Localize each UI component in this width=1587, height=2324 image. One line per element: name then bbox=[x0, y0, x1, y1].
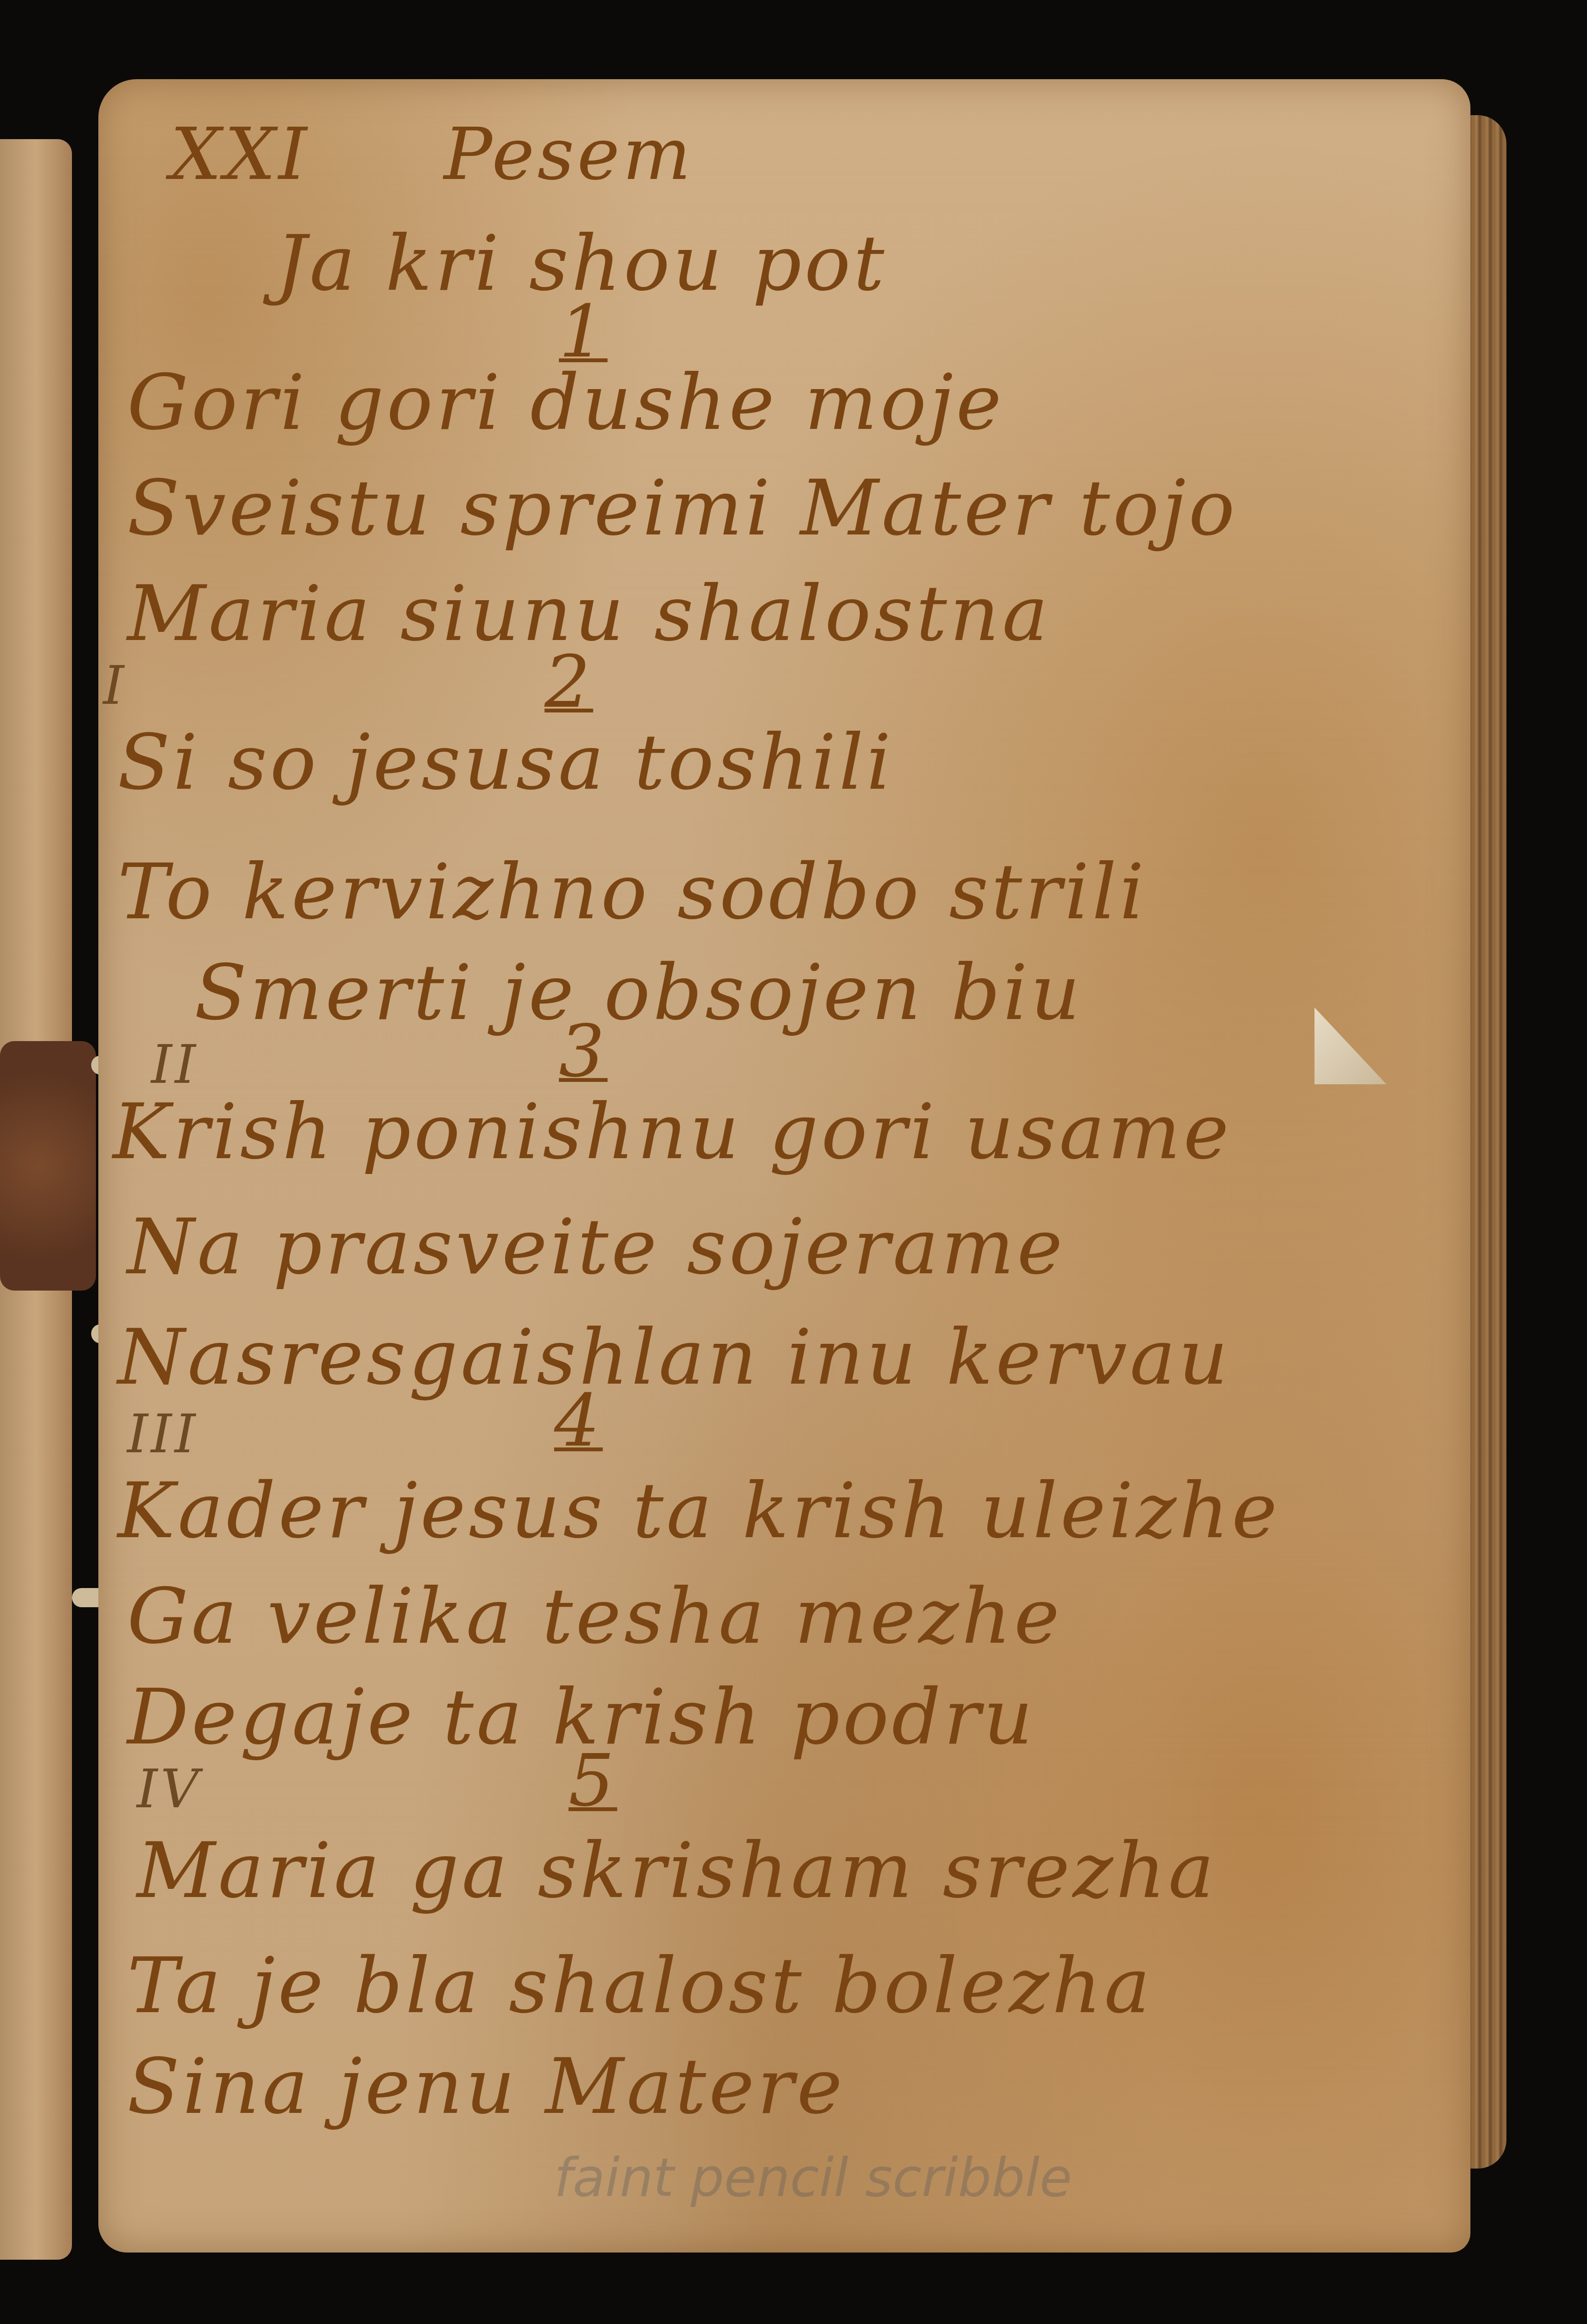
verse-line: Sina jenu Matere bbox=[127, 2041, 845, 2131]
verse-number: 2 bbox=[545, 640, 593, 724]
song-number: XXI bbox=[170, 113, 310, 196]
margin-mark: II bbox=[151, 1034, 199, 1095]
verse-line: Si so jesusa toshili bbox=[118, 717, 894, 807]
verse-number: 5 bbox=[568, 1739, 617, 1823]
verse-line: Maria ga skrisham srezha bbox=[137, 1826, 1217, 1915]
verse-line: Smerti je obsojen biu bbox=[194, 948, 1083, 1037]
song-title: Pesem bbox=[444, 113, 694, 196]
leather-clasp bbox=[0, 1041, 96, 1291]
pencil-scribble: faint pencil scribble bbox=[554, 2147, 1072, 2208]
verse-number: 4 bbox=[554, 1379, 603, 1463]
verse-line: Nasresgaishlan inu kervau bbox=[118, 1312, 1231, 1402]
margin-mark: I bbox=[103, 655, 127, 716]
manuscript-page: XXI Pesem Ja kri shou pot 1 Gori gori du… bbox=[98, 79, 1470, 2253]
verse-line: Gori gori dushe moje bbox=[127, 357, 1004, 447]
verse-line: Na prasveite sojerame bbox=[127, 1202, 1066, 1292]
verse-line: Krish ponishnu gori usame bbox=[113, 1087, 1232, 1176]
verse-line: Ga velika tesha mezhe bbox=[127, 1571, 1063, 1661]
margin-mark: III bbox=[127, 1403, 198, 1465]
verse-line: To kervizhno sodbo strili bbox=[118, 847, 1147, 937]
verse-line: Sveistu spreimi Mater tojo bbox=[127, 463, 1238, 553]
margin-mark: IV bbox=[137, 1758, 201, 1820]
verse-line: Ta je bla shalost bolezha bbox=[127, 1941, 1153, 2030]
verse-number: 3 bbox=[559, 1010, 607, 1093]
verse-line: Kader jesus ta krish uleizhe bbox=[118, 1466, 1280, 1555]
